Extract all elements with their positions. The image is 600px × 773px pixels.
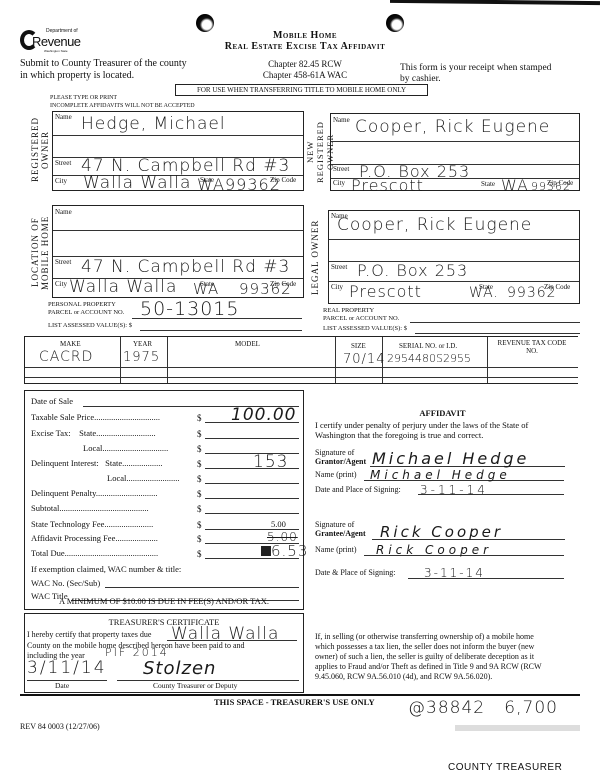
header-year: YEAR	[133, 340, 152, 348]
new-owner-city[interactable]: Prescott	[351, 176, 424, 195]
lien-line-5: 9.45.060, RCW 9A.56.010 (4d), and RCW 9A…	[315, 672, 542, 682]
receipt-note: This form is your receipt when stamped b…	[400, 63, 551, 85]
personal-assessed-label: LIST ASSESSED VALUE(S): $	[48, 322, 132, 329]
wac-no-line[interactable]	[105, 587, 299, 588]
state-label: State	[481, 180, 495, 188]
cell-serial[interactable]: 2954480S2955	[387, 352, 471, 365]
street-label: Street	[55, 258, 71, 266]
city-label: City	[55, 177, 67, 185]
street-label: Street	[55, 159, 71, 167]
please-type: PLEASE TYPE OR PRINT	[50, 94, 195, 102]
submit-instructions: Submit to County Treasurer of the county…	[20, 58, 187, 82]
grantee-signature-label: Signature of Grantee/Agent	[315, 520, 366, 538]
exemption-label: If exemption claimed, WAC number & title…	[31, 564, 181, 574]
certify-line-1: I certify under penalty of perjury under…	[315, 420, 528, 430]
affidavit-certify: I certify under penalty of perjury under…	[315, 420, 528, 440]
date-of-sale-label: Date of Sale	[31, 396, 73, 406]
new-owner-zip[interactable]: 99362	[531, 180, 571, 193]
street-label: Street	[333, 165, 349, 173]
legal-owner-state[interactable]: WA.	[469, 285, 499, 301]
grantee-date[interactable]: 3-11-14	[424, 566, 485, 580]
treasurer-signature[interactable]: Stolzen	[143, 658, 216, 679]
agency-logo-text: Revenue	[32, 34, 81, 49]
personal-parcel-value[interactable]: 50-13015	[140, 298, 239, 320]
chapter-1: Chapter 82.45 RCW	[230, 59, 380, 70]
side-label-2: MOBILE HOME	[40, 215, 50, 289]
taxable-sale-price-value[interactable]: 100.00	[231, 405, 296, 425]
form-number: REV 84 0003 (12/27/06)	[20, 722, 100, 731]
sig-label-1: Signature of	[315, 520, 366, 529]
side-label-1: REGISTERED	[30, 118, 40, 183]
excise-state-line[interactable]	[205, 438, 299, 439]
treasurer-use-divider	[20, 694, 580, 696]
affidavit-title: AFFIDAVIT	[310, 408, 575, 418]
legal-owner-city[interactable]: Prescott	[349, 282, 422, 301]
delinquent-local-label: Local	[107, 473, 126, 483]
delinquent-penalty-label: Delinquent Penalty	[31, 488, 96, 498]
lien-line-4: applies to Fraud and/or Theft as defined…	[315, 662, 542, 672]
grantor-date[interactable]: 3-11-14	[420, 483, 488, 497]
use-banner: FOR USE WHEN TRANSFERRING TITLE TO MOBIL…	[175, 84, 428, 96]
receipt-stamp: @38842 6,700	[408, 698, 558, 718]
certify-line-2: Washington that the foregoing is true an…	[315, 430, 528, 440]
real-parcel-line[interactable]	[410, 322, 580, 323]
location-city[interactable]: Walla Walla	[69, 277, 177, 297]
title-line-2: Real Estate Excise Tax Affidavit	[200, 41, 410, 52]
side-label-2: OWNER	[40, 131, 50, 169]
grantor-name[interactable]: Michael Hedge	[370, 468, 511, 482]
registered-owner-zip[interactable]: 99362	[225, 175, 281, 194]
wac-no-label: WAC No. (Sec/Sub)	[31, 578, 100, 588]
dollar-sign: $	[197, 489, 202, 499]
type-instructions: PLEASE TYPE OR PRINT INCOMPLETE AFFIDAVI…	[50, 94, 195, 110]
tech-fee-label: State Technology Fee	[31, 519, 104, 529]
registered-owner-state[interactable]: WA	[197, 175, 225, 194]
location-state[interactable]: WA	[193, 280, 219, 298]
total-due-value[interactable]: 6.53	[271, 542, 308, 560]
treasurer-certificate-box: TREASURER'S CERTIFICATE I hereby certify…	[24, 613, 304, 693]
real-assessed-line[interactable]	[415, 333, 580, 334]
tech-fee-value: 5.00	[271, 519, 286, 529]
title-line-1: Mobile Home	[200, 30, 410, 41]
incomplete-warning: INCOMPLETE AFFIDAVITS WILL NOT BE ACCEPT…	[50, 102, 195, 110]
real-label-2: PARCEL or ACCOUNT NO.	[323, 315, 399, 323]
dollar-sign: $	[197, 549, 202, 559]
new-owner-state[interactable]: WA	[501, 176, 529, 195]
personal-assessed-line[interactable]	[140, 330, 302, 331]
chapter-2: Chapter 458-61A WAC	[230, 70, 380, 81]
county-treasurer-stamp: COUNTY TREASURER	[448, 762, 562, 773]
agency-sub: Washington State	[44, 49, 68, 53]
cell-year[interactable]: 1975	[123, 350, 160, 365]
grantee-name[interactable]: Rick Cooper	[376, 543, 492, 557]
dollar-sign: $	[197, 429, 202, 439]
header-size: SIZE	[351, 342, 366, 350]
real-label-1: REAL PROPERTY	[323, 307, 399, 315]
cell-size[interactable]: 70/14	[343, 352, 385, 367]
taxable-sale-price-label: Taxable Sale Price	[31, 412, 94, 422]
dor-logo: Department of Revenue Washington State	[20, 28, 80, 56]
faded-stamp	[455, 725, 580, 731]
legal-owner-street[interactable]: P.O. Box 253	[357, 261, 468, 280]
name-label: Name	[333, 116, 350, 124]
grantee-date-label: Date & Place of Signing:	[315, 568, 395, 577]
dollar-sign: $	[197, 459, 202, 469]
real-assessed-label: LIST ASSESSED VALUE(S): $	[323, 325, 407, 332]
lien-line-1: If, in selling (or otherwise transferrin…	[315, 632, 542, 642]
excise-tax-label: Excise Tax:	[31, 428, 71, 438]
dollar-sign: $	[197, 413, 202, 423]
new-owner-name[interactable]: Cooper, Rick Eugene	[355, 117, 550, 137]
real-property-parcel: REAL PROPERTY PARCEL or ACCOUNT NO.	[323, 307, 399, 323]
treasurer-line-1: I hereby certify that property taxes due	[27, 630, 151, 639]
registered-owner-city[interactable]: Walla Walla	[83, 173, 191, 193]
side-label-1: LOCATION OF	[30, 218, 40, 288]
treasurer-date[interactable]: 3/11/14	[27, 658, 107, 678]
name-label: Name	[55, 208, 72, 216]
sig-label-2: Grantee/Agent	[315, 529, 366, 538]
submit-line-1: Submit to County Treasurer of the county	[20, 58, 187, 70]
treasurer-use-label: THIS SPACE - TREASURER'S USE ONLY	[214, 697, 375, 707]
scan-edge-mark	[390, 0, 600, 5]
dollar-sign: $	[197, 504, 202, 514]
grantor-date-label: Date and Place of Signing:	[315, 485, 401, 494]
sig-label-1: Signature of	[315, 448, 366, 457]
submit-line-2: in which property is located.	[20, 70, 187, 82]
delinquent-penalty-line[interactable]	[205, 498, 299, 499]
legal-owner-box: Name Cooper, Rick Eugene Street P.O. Box…	[328, 210, 580, 304]
delinquent-interest-label: Delinquent Interest:	[31, 458, 99, 468]
grantor-signature-label: Signature of Grantor/Agent	[315, 448, 366, 466]
lien-line-2: which possesses a tax lien, the seller d…	[315, 642, 542, 652]
registered-owner-side-label: REGISTEREDOWNER	[30, 110, 50, 190]
excise-state-label: State	[79, 428, 96, 438]
excise-local-label: Local	[83, 443, 102, 453]
location-street[interactable]: 47 N. Campbell Rd #3	[81, 257, 290, 277]
personal-label-1: PERSONAL PROPERTY	[48, 301, 124, 309]
registered-owner-box: Name Hedge, Michael Street 47 N. Campbel…	[52, 111, 304, 191]
grantee-signature[interactable]: Rick Cooper	[380, 523, 503, 541]
treasurer-sig-label: County Treasurer or Deputy	[153, 681, 237, 690]
location-zip[interactable]: 99362	[239, 280, 292, 298]
processing-fee-label: Affidavit Processing Fee	[31, 533, 115, 543]
name-label: Name	[55, 113, 72, 121]
new-registered-owner-box: Name Cooper, Rick Eugene Street P.O. Box…	[330, 113, 580, 191]
location-box: Name Street 47 N. Campbell Rd #3 City Wa…	[52, 205, 304, 298]
header-serial: SERIAL NO. or I.D.	[399, 342, 457, 350]
city-label: City	[331, 283, 343, 291]
side-label-1: NEW REGISTERED	[305, 121, 325, 183]
delinquent-local-line[interactable]	[205, 483, 299, 484]
location-side-label: LOCATION OFMOBILE HOME	[30, 205, 50, 300]
personal-label-2: PARCEL or ACCOUNT NO.	[48, 309, 124, 317]
sig-label-2: Grantor/Agent	[315, 457, 366, 466]
dollar-sign: $	[197, 534, 202, 544]
cell-make[interactable]: CACRD	[39, 349, 93, 365]
dollar-sign: $	[197, 520, 202, 530]
grantor-signature[interactable]: Michael Hedge	[372, 449, 529, 468]
minimum-fee-note: A MINIMUM OF $10.00 IS DUE IN FEE(S) AND…	[24, 596, 304, 606]
header-make: MAKE	[60, 340, 81, 348]
street-label: Street	[331, 263, 347, 271]
delinquent-state-value[interactable]: 153	[253, 452, 288, 472]
city-label: City	[55, 280, 67, 288]
fees-box: Date of Sale Taxable Sale Price.........…	[24, 390, 304, 610]
legal-owner-zip[interactable]: 99362	[507, 285, 557, 301]
lien-notice: If, in selling (or otherwise transferrin…	[315, 632, 542, 682]
receipt-note-1: This form is your receipt when stamped	[400, 63, 551, 74]
dollar-sign: $	[197, 444, 202, 454]
city-label: City	[333, 179, 345, 187]
total-due-label: Total Due	[31, 548, 65, 558]
header-model: MODEL	[235, 340, 260, 348]
registered-owner-name[interactable]: Hedge, Michael	[81, 114, 226, 134]
treasurer-date-label: Date	[55, 681, 69, 690]
form-title: Mobile Home Real Estate Excise Tax Affid…	[200, 30, 410, 52]
grantor-name-label: Name (print)	[315, 470, 357, 479]
side-label: LEGAL OWNER	[310, 219, 320, 294]
header-tax-code: REVENUE TAX CODE NO.	[497, 339, 567, 355]
subtotal-line[interactable]	[205, 513, 299, 514]
vehicle-table: MAKE YEAR MODEL SIZE SERIAL NO. or I.D. …	[24, 336, 578, 384]
personal-property-parcel: PERSONAL PROPERTY PARCEL or ACCOUNT NO.	[48, 301, 124, 317]
delinquent-state-label: State	[105, 458, 122, 468]
use-banner-text: FOR USE WHEN TRANSFERRING TITLE TO MOBIL…	[197, 86, 406, 94]
dollar-sign: $	[197, 474, 202, 484]
personal-parcel-line	[132, 318, 302, 319]
lien-line-3: owner) of such a lien, the seller is gui…	[315, 652, 542, 662]
subtotal-label: Subtotal	[31, 503, 59, 513]
total-due-scribble	[261, 546, 271, 556]
grantee-name-label: Name (print)	[315, 545, 357, 554]
chapter-refs: Chapter 82.45 RCW Chapter 458-61A WAC	[230, 59, 380, 81]
legal-owner-side-label: LEGAL OWNER	[310, 212, 320, 302]
legal-owner-name[interactable]: Cooper, Rick Eugene	[337, 215, 532, 235]
